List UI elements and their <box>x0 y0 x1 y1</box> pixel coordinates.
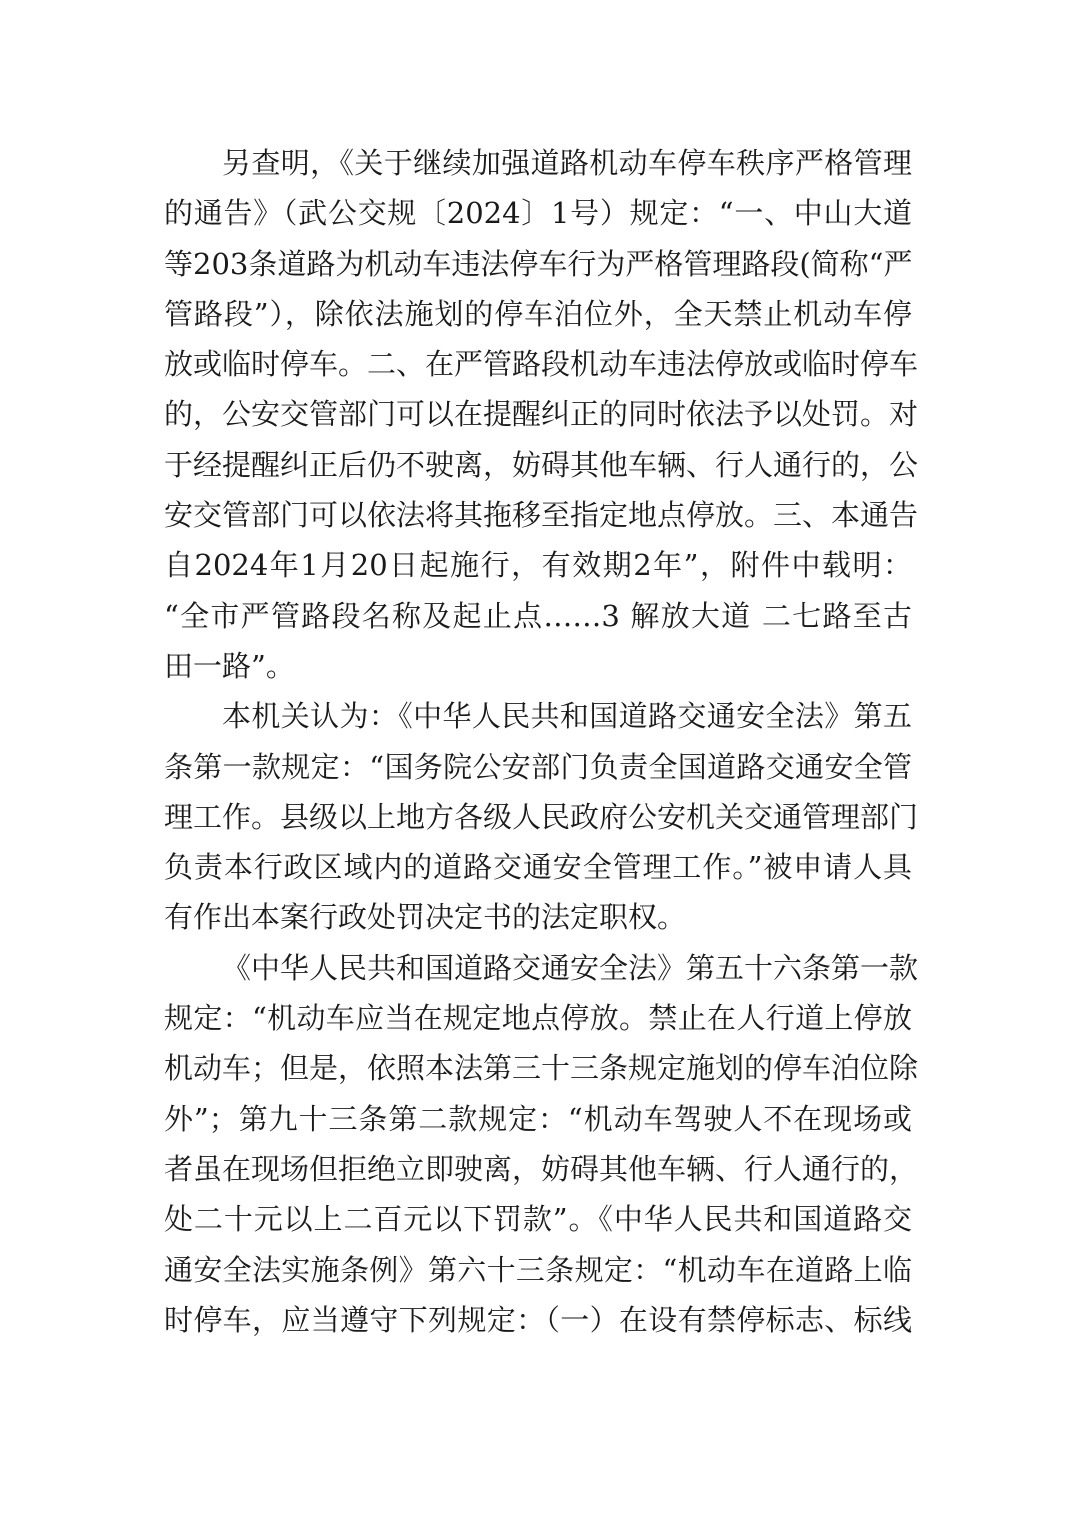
text-line: 规定：“机动车应当在规定地点停放。禁止在人行道上停放 <box>164 993 912 1043</box>
text-line: 处二十元以上二百元以下罚款”。《中华人民共和国道路交 <box>164 1194 912 1244</box>
text-line: 者虽在现场但拒绝立即驶离，妨碍其他车辆、行人通行的， <box>164 1144 912 1194</box>
text-line: 本机关认为：《中华人民共和国道路交通安全法》第五 <box>164 691 912 741</box>
text-line: 的通告》（武公交规〔2024〕1号）规定：“一、中山大道 <box>164 188 912 238</box>
paragraph-3: 《中华人民共和国道路交通安全法》第五十六条第一款 规定：“机动车应当在规定地点停… <box>164 943 912 1345</box>
text-line: 理工作。县级以上地方各级人民政府公安机关交通管理部门 <box>164 792 912 842</box>
text-line: 外”；第九十三条第二款规定：“机动车驾驶人不在现场或 <box>164 1094 912 1144</box>
text-line: 安交管部门可以依法将其拖移至指定地点停放。三、本通告 <box>164 490 912 540</box>
text-line: 放或临时停车。二、在严管路段机动车违法停放或临时停车 <box>164 339 912 389</box>
text-line: 机动车；但是，依照本法第三十三条规定施划的停车泊位除 <box>164 1043 912 1093</box>
text-line: “全市严管路段名称及起止点……3 解放大道 二七路至古 <box>164 591 912 641</box>
text-line: 《中华人民共和国道路交通安全法》第五十六条第一款 <box>164 943 912 993</box>
text-line: 有作出本案行政处罚决定书的法定职权。 <box>164 892 912 942</box>
text-line: 条第一款规定：“国务院公安部门负责全国道路交通安全管 <box>164 742 912 792</box>
document-page: 另查明，《关于继续加强道路机动车停车秩序严格管理 的通告》（武公交规〔2024〕… <box>164 138 912 1345</box>
paragraph-1: 另查明，《关于继续加强道路机动车停车秩序严格管理 的通告》（武公交规〔2024〕… <box>164 138 912 691</box>
text-line: 负责本行政区域内的道路交通安全管理工作。”被申请人具 <box>164 842 912 892</box>
paragraph-2: 本机关认为：《中华人民共和国道路交通安全法》第五 条第一款规定：“国务院公安部门… <box>164 691 912 942</box>
text-line: 田一路”。 <box>164 641 912 691</box>
text-line: 另查明，《关于继续加强道路机动车停车秩序严格管理 <box>164 138 912 188</box>
text-line: 于经提醒纠正后仍不驶离，妨碍其他车辆、行人通行的，公 <box>164 440 912 490</box>
text-line: 的，公安交管部门可以在提醒纠正的同时依法予以处罚。对 <box>164 389 912 439</box>
text-line: 等203条道路为机动车违法停车行为严格管理路段(简称“严 <box>164 239 912 289</box>
text-line: 自2024年1月20日起施行，有效期2年”，附件中载明： <box>164 540 912 590</box>
text-line: 时停车，应当遵守下列规定：（一）在设有禁停标志、标线 <box>164 1295 912 1345</box>
text-line: 通安全法实施条例》第六十三条规定：“机动车在道路上临 <box>164 1245 912 1295</box>
text-line: 管路段”），除依法施划的停车泊位外，全天禁止机动车停 <box>164 289 912 339</box>
